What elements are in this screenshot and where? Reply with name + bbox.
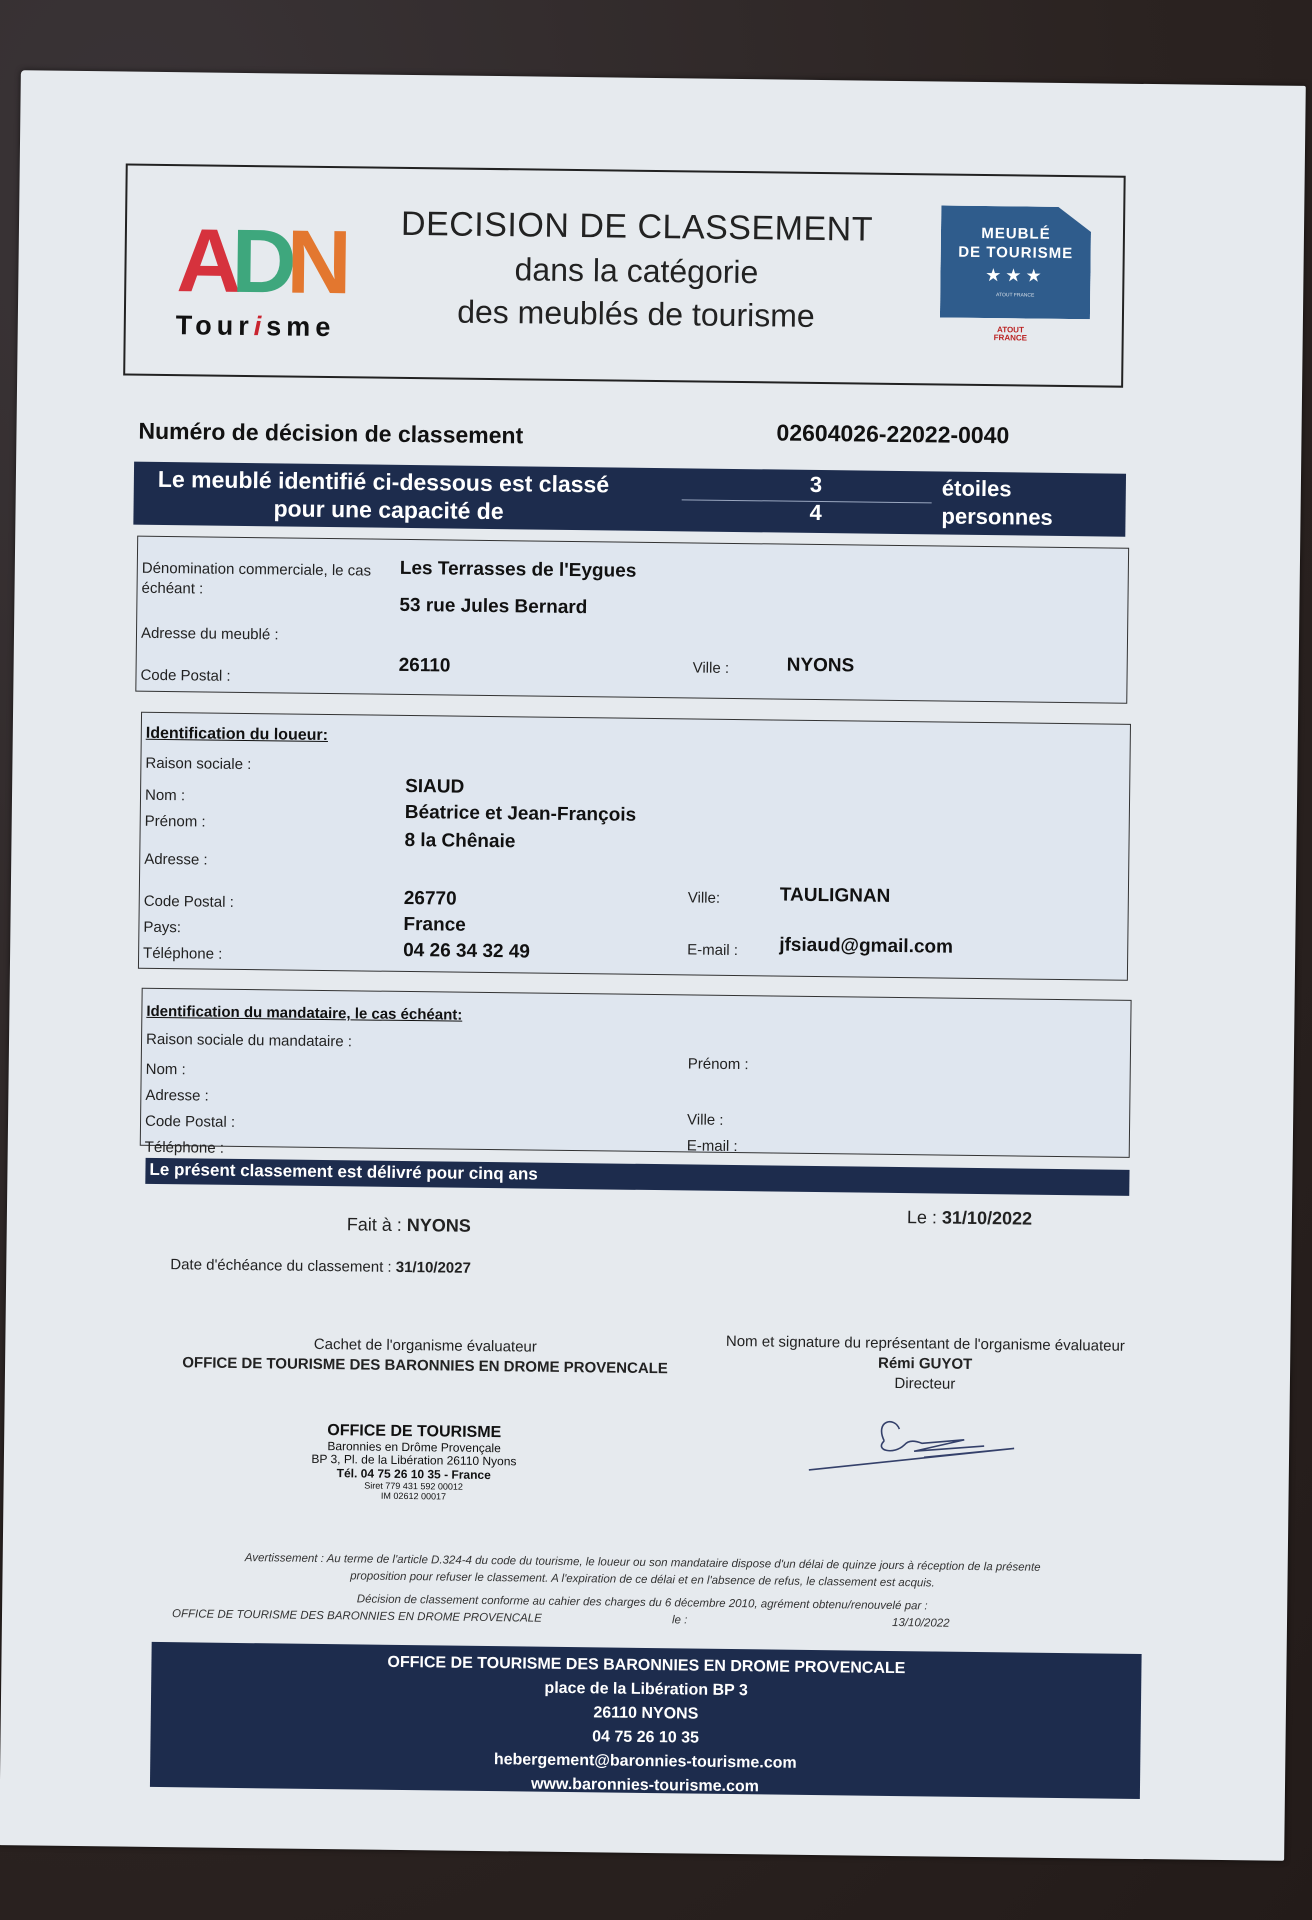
agent-postal-label: Code Postal : [145,1113,235,1131]
classification-band: Le meublé identifié ci-dessous est class… [133,462,1126,537]
owner-adresse-label: Adresse : [144,851,208,869]
organisation-stamp: OFFICE DE TOURISME Baronnies en Drôme Pr… [283,1422,544,1503]
badge-line-2: DE TOURISME [958,244,1073,262]
owner-ville-label: Ville: [688,889,720,906]
atout-france-logo: ATOUT FRANCE [994,326,1028,342]
approval-le-label: le : [672,1612,688,1629]
owner-tel-value: 04 26 34 32 49 [403,940,530,964]
title-line-1: DECISION DE CLASSEMENT [367,204,907,250]
approval-org: OFFICE DE TOURISME DES BARONNIES EN DROM… [172,1606,542,1628]
decision-number: 02604026-22022-0040 [776,419,1009,449]
logo-letter-a: A [176,211,232,312]
agent-nom-label: Nom : [146,1061,186,1078]
expiry-label: Date d'échéance du classement : [170,1256,392,1276]
document-page: ADN Tourisme DECISION DE CLASSEMENT dans… [0,70,1306,1861]
owner-ville-value: TAULIGNAN [780,885,891,908]
classification-line-2: pour une capacité de [273,495,503,525]
decision-number-label: Numéro de décision de classement [138,418,523,450]
star-icon: ★★★ [940,264,1090,287]
agent-ville-label: Ville : [687,1111,724,1128]
signature [804,1410,1035,1483]
fait-label: Fait à : [347,1214,402,1235]
owner-box: Identification du loueur: Raison sociale… [138,712,1131,981]
fait-value: NYONS [407,1215,471,1236]
logo-letter-d: D [231,212,287,313]
document-title: DECISION DE CLASSEMENT dans la catégorie… [366,204,907,336]
denomination-label: Dénomination commerciale, le cas échéant… [141,559,391,602]
adn-tourisme-logo: ADN Tourisme [176,216,357,338]
agent-raison-label: Raison sociale du mandataire : [146,1031,352,1051]
owner-pays-label: Pays: [143,919,181,936]
postal-label: Code Postal : [140,667,230,685]
owner-nom-value: SIAUD [405,776,464,799]
owner-prenom-label: Prénom : [145,813,206,831]
address-value: 53 rue Jules Bernard [399,595,587,619]
agent-box: Identification du mandataire, le cas éch… [140,988,1132,1158]
stars-unit: étoiles [942,476,1012,503]
le-label: Le : [907,1207,937,1227]
expiry-date: Date d'échéance du classement : 31/10/20… [170,1256,471,1277]
fait-a: Fait à : NYONS [347,1214,471,1237]
title-line-2: dans la catégorie [366,249,906,293]
representative-label: Nom et signature du représentant de l'or… [695,1333,1155,1356]
logo-letter-n: N [286,212,342,313]
owner-raison-label: Raison sociale : [145,755,251,773]
validity-band: Le présent classement est délivré pour c… [145,1158,1129,1196]
owner-postal-label: Code Postal : [144,893,234,911]
warning-notice: Avertissement : Au terme de l'article D.… [152,1549,1133,1635]
logo-sub-i: i [254,311,267,341]
capacity-unit: personnes [941,503,1053,530]
address-label: Adresse du meublé : [141,625,279,644]
meuble-tourisme-badge: MEUBLÉDE TOURISME ★★★ ATOUT FRANCE [940,205,1091,319]
representative-name: Rémi GUYOT [695,1353,1155,1376]
logo-sub-pre: Tour [176,310,254,341]
capacity-value: 4 [809,500,822,526]
city-value: NYONS [787,655,855,678]
validity-text: Le présent classement est délivré pour c… [149,1160,538,1185]
owner-postal-value: 26770 [404,888,457,911]
property-box: Dénomination commerciale, le cas échéant… [135,536,1129,704]
divider [682,499,932,503]
agent-email-label: E-mail : [687,1137,738,1155]
agent-prenom-label: Prénom : [688,1055,749,1073]
logo-sub-post: sme [266,311,335,342]
city-label: Ville : [693,659,730,676]
agent-tel-label: Téléphone : [145,1139,224,1157]
owner-email-value[interactable]: jfsiaud@gmail.com [779,935,953,959]
owner-email-label: E-mail : [687,941,738,959]
classification-line-1: Le meublé identifié ci-dessous est class… [158,466,610,499]
expiry-value: 31/10/2027 [396,1259,471,1277]
postal-value: 26110 [399,655,451,678]
le-value: 31/10/2022 [942,1208,1032,1229]
representative-title: Directeur [695,1373,1155,1396]
denomination-value: Les Terrasses de l'Eygues [400,558,637,583]
title-line-3: des meublés de tourisme [366,292,906,336]
footer-band: OFFICE DE TOURISME DES BARONNIES EN DROM… [150,1642,1142,1799]
owner-adresse-value: 8 la Chênaie [404,830,515,853]
owner-pays-value: France [403,914,466,937]
approval-date: 13/10/2022 [892,1615,950,1633]
badge-small-text: ATOUT FRANCE [940,291,1090,299]
issue-date: Le : 31/10/2022 [907,1207,1032,1230]
owner-prenom-value: Béatrice et Jean-François [405,802,637,827]
header-box: ADN Tourisme DECISION DE CLASSEMENT dans… [123,164,1126,388]
organisation-name: OFFICE DE TOURISME DES BARONNIES EN DROM… [155,1354,695,1378]
stars-value: 3 [810,472,823,498]
owner-nom-label: Nom : [145,787,185,804]
badge-line-1: MEUBLÉ [981,225,1051,243]
owner-tel-label: Téléphone : [143,945,222,963]
stamp-line-6: IM 02612 00017 [283,1490,543,1503]
owner-section-title: Identification du loueur: [146,725,328,745]
agent-section-title: Identification du mandataire, le cas éch… [146,1003,462,1024]
agent-adresse-label: Adresse : [145,1087,209,1105]
